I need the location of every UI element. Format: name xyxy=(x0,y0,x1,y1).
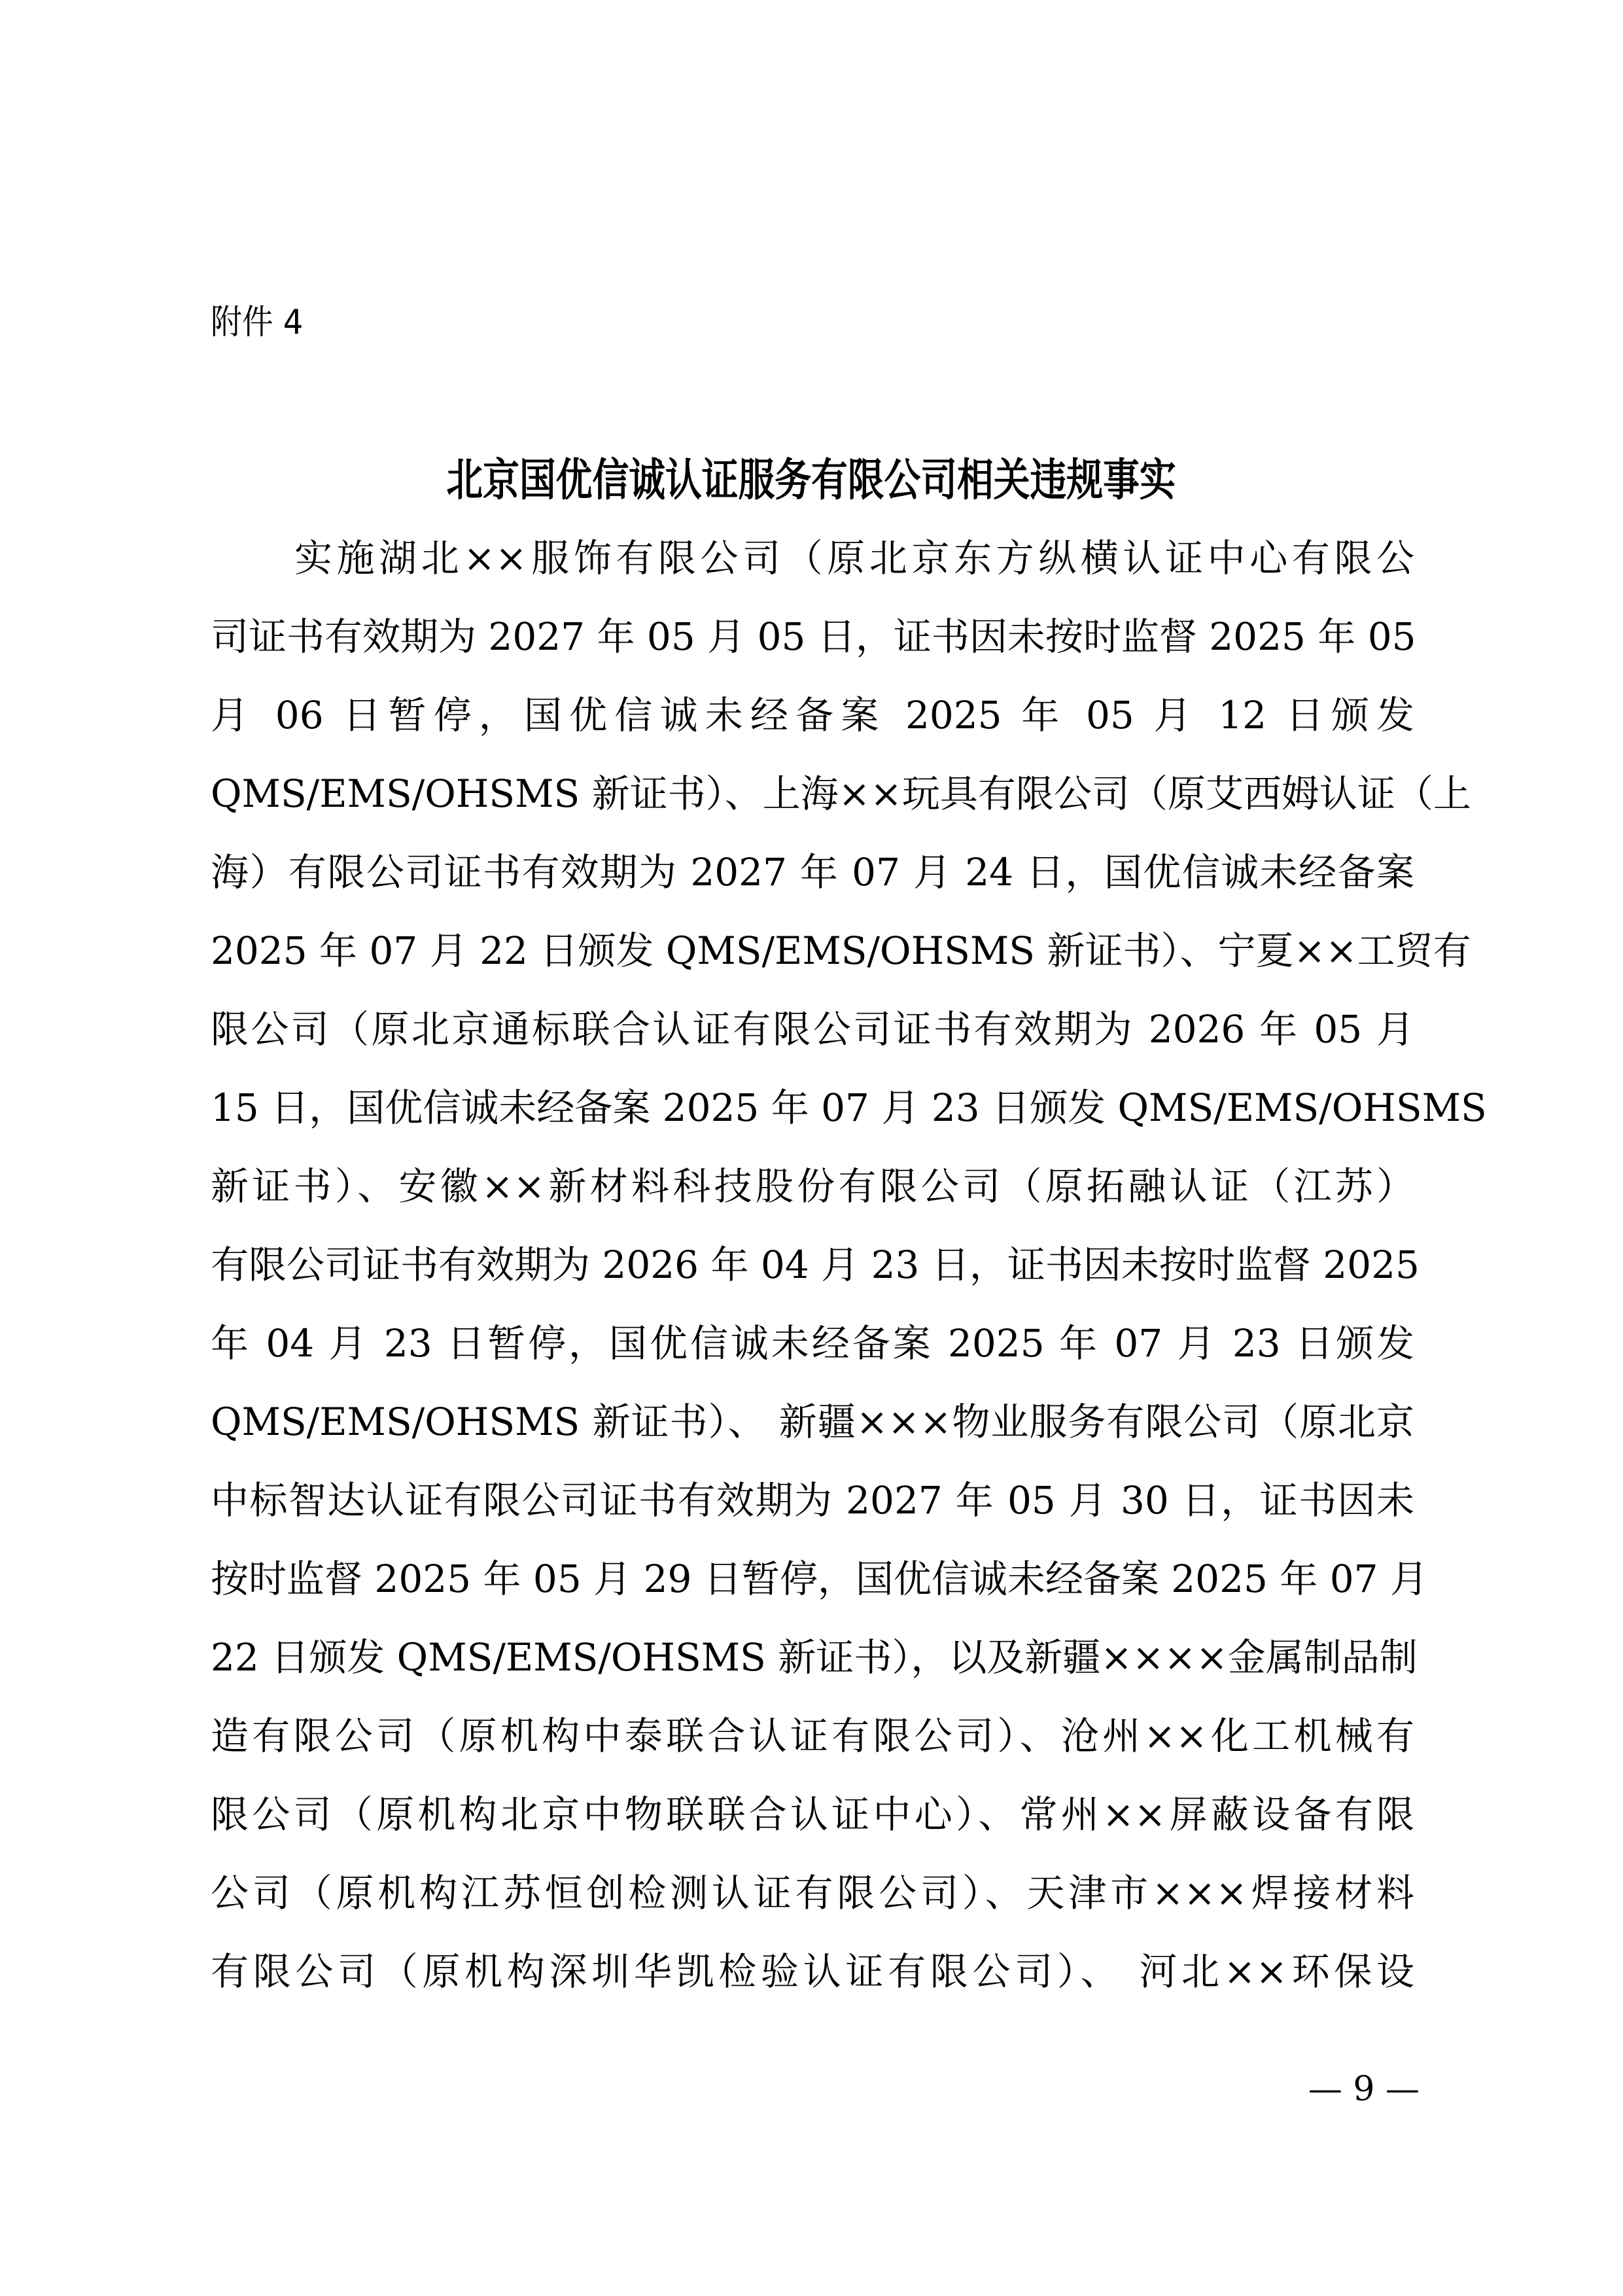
body-line: 限公司（原机构北京中物联联合认证中心）、常州××屏蔽设备有限 xyxy=(211,1785,1414,1844)
page-number: — 9 — xyxy=(1256,2066,1420,2112)
body-line: 实施湖北××服饰有限公司（原北京东方纵横认证中心有限公 xyxy=(294,529,1414,588)
document-title-text: 北京国优信诚认证服务有限公司相关违规事实 xyxy=(447,451,1176,510)
body-line: 月 06 日暂停，国优信诚未经备案 2025 年 05 月 12 日颁发 xyxy=(211,686,1414,745)
body-line: 有限公司（原机构深圳华凯检验认证有限公司）、 河北××环保设 xyxy=(211,1942,1414,2001)
body-line: 司证书有效期为 2027 年 05 月 05 日，证书因未按时监督 2025 年… xyxy=(211,607,1414,666)
body-line: 有限公司证书有效期为 2026 年 04 月 23 日，证书因未按时监督 202… xyxy=(211,1235,1414,1294)
body-line: 15 日，国优信诚未经备案 2025 年 07 月 23 日颁发 QMS/EMS… xyxy=(211,1078,1414,1137)
body-line: 限公司（原北京通标联合认证有限公司证书有效期为 2026 年 05 月 xyxy=(211,1000,1414,1059)
body-line: 中标智达认证有限公司证书有效期为 2027 年 05 月 30 日，证书因未 xyxy=(211,1471,1414,1530)
body-line: 2025 年 07 月 22 日颁发 QMS/EMS/OHSMS 新证书）、宁夏… xyxy=(211,921,1414,980)
body-line: 造有限公司（原机构中泰联合认证有限公司）、沧州××化工机械有 xyxy=(211,1706,1414,1765)
body-line: QMS/EMS/OHSMS 新证书）、 新疆×××物业服务有限公司（原北京 xyxy=(211,1392,1414,1451)
body-line: 22 日颁发 QMS/EMS/OHSMS 新证书），以及新疆××××金属制品制 xyxy=(211,1628,1414,1687)
body-line: 新证书）、安徽××新材料科技股份有限公司（原拓融认证（江苏） xyxy=(211,1157,1414,1216)
body-line: 公司（原机构江苏恒创检测认证有限公司）、天津市×××焊接材料 xyxy=(211,1863,1414,1922)
attachment-label: 附件 4 xyxy=(211,300,303,345)
body-line: 海）有限公司证书有效期为 2027 年 07 月 24 日，国优信诚未经备案 xyxy=(211,843,1414,902)
body-line: QMS/EMS/OHSMS 新证书）、上海××玩具有限公司（原艾西姆认证（上 xyxy=(211,764,1414,823)
body-line: 按时监督 2025 年 05 月 29 日暂停，国优信诚未经备案 2025 年 … xyxy=(211,1549,1414,1608)
body-line: 年 04 月 23 日暂停，国优信诚未经备案 2025 年 07 月 23 日颁… xyxy=(211,1314,1414,1373)
document-title: 北京国优信诚认证服务有限公司相关违规事实 xyxy=(0,451,1623,510)
